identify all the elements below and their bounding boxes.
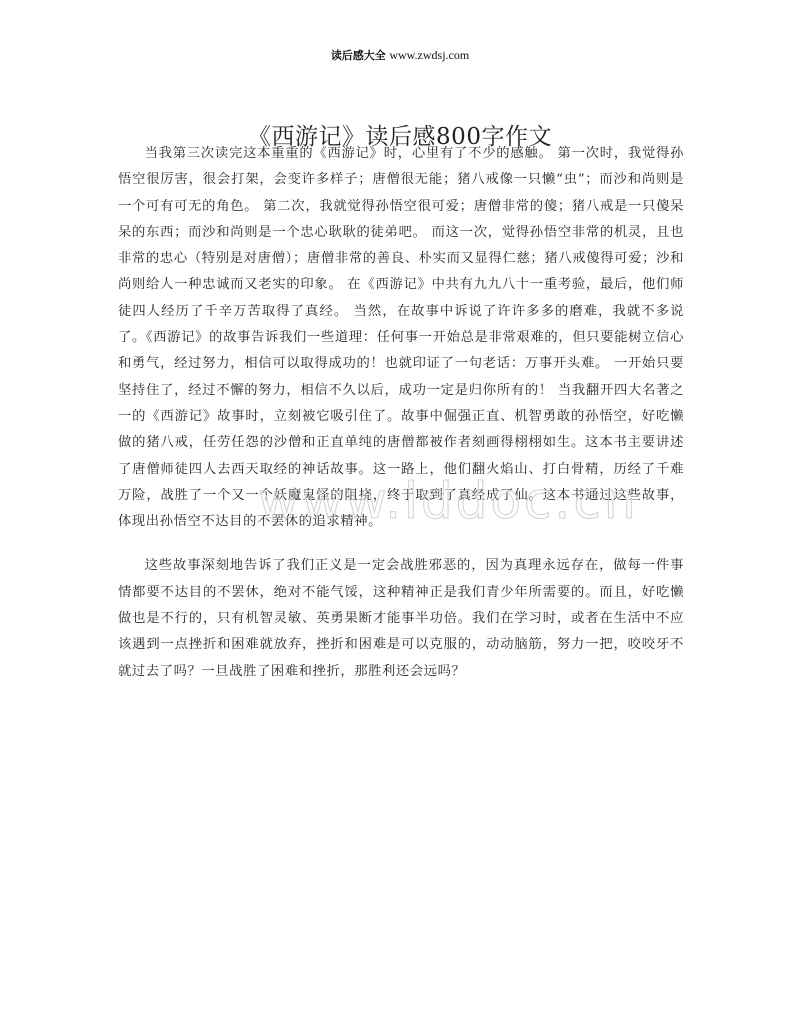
site-brand: 读后感大全	[331, 49, 386, 62]
paragraph-2: 这些故事深刻地告诉了我们正义是一定会战胜邪恶的，因为真理永远存在，做每一件事情都…	[118, 553, 684, 684]
document-body: 当我第三次读完这本重重的《西游记》时，心里有了不少的感触。 第一次时，我觉得孙悟…	[118, 141, 684, 685]
paragraph-1: 当我第三次读完这本重重的《西游记》时，心里有了不少的感触。 第一次时，我觉得孙悟…	[118, 141, 684, 535]
site-url: www.zwdsj.com	[389, 48, 469, 62]
page-header: 读后感大全 www.zwdsj.com	[0, 47, 800, 63]
